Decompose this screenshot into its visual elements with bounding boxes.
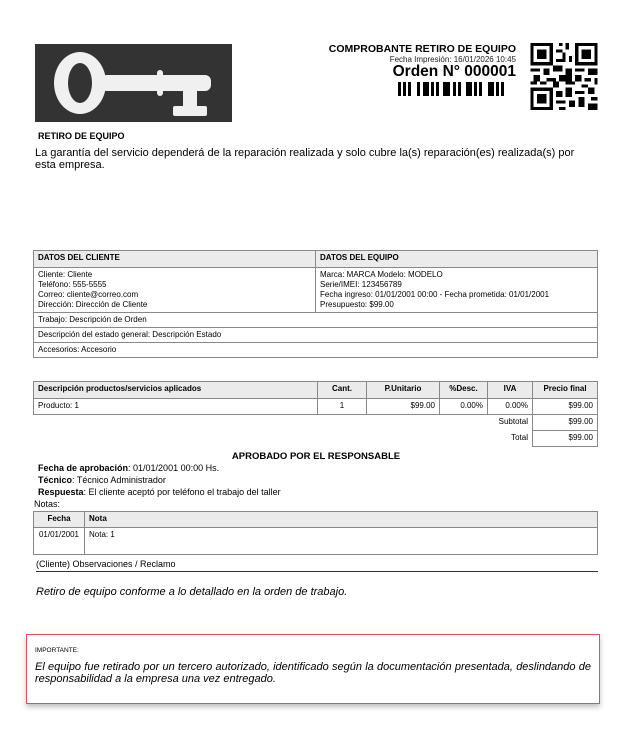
equipment-header: DATOS DEL EQUIPO xyxy=(316,251,598,268)
client-equipment-table: DATOS DEL CLIENTE DATOS DEL EQUIPO Clien… xyxy=(33,250,598,358)
document-title: COMPROBANTE RETIRO DE EQUIPO xyxy=(329,43,516,55)
technician-value: : Técnico Administrador xyxy=(72,475,166,485)
approval-date: Fecha de aprobación: 01/01/2001 00:00 Hs… xyxy=(38,463,219,473)
col-final-price: Precio final xyxy=(533,382,598,399)
equipment-serial: Serie/IMEI: 123456789 xyxy=(320,280,593,290)
table-row: 01/01/2001 Nota: 1 xyxy=(34,528,598,555)
client-email: Correo: cliente@correo.com xyxy=(38,290,311,300)
barcode-icon xyxy=(398,82,510,96)
col-iva: IVA xyxy=(488,382,533,399)
qr-code-icon xyxy=(530,43,598,110)
equipment-dates: Fecha ingreso: 01/01/2001 00:00 - Fecha … xyxy=(320,290,593,300)
approval-response: Respuesta: El cliente aceptó por teléfon… xyxy=(38,487,281,497)
response-label: Respuesta xyxy=(38,487,84,497)
equipment-budget: Presupuesto: $99.00 xyxy=(320,300,593,310)
client-name: Cliente: Cliente xyxy=(38,270,311,280)
response-value: : El cliente aceptó por teléfono el trab… xyxy=(84,487,281,497)
col-note-date: Fecha xyxy=(34,512,85,528)
table-row: Producto: 1 1 $99.00 0.00% 0.00% $99.00 xyxy=(34,399,598,415)
accessories: Accesorios: Accesorio xyxy=(34,343,598,358)
withdrawal-statement: Retiro de equipo conforme a lo detallado… xyxy=(36,586,347,598)
total-value: $99.00 xyxy=(533,431,598,447)
important-label: IMPORTANTE: xyxy=(35,647,79,654)
product-final-price: $99.00 xyxy=(533,399,598,415)
col-discount: %Desc. xyxy=(440,382,488,399)
products-table: Descripción productos/servicios aplicado… xyxy=(33,381,598,447)
col-description: Descripción productos/servicios aplicado… xyxy=(34,382,318,399)
approval-date-value: : 01/01/2001 00:00 Hs. xyxy=(128,463,219,473)
client-info: Cliente: Cliente Teléfono: 555-5555 Corr… xyxy=(34,268,316,313)
equipment-brand-model: Marca: MARCA Modelo: MODELO xyxy=(320,270,593,280)
product-quantity: 1 xyxy=(318,399,367,415)
product-description: Producto: 1 xyxy=(34,399,318,415)
technician-label: Técnico xyxy=(38,475,72,485)
warranty-text: La garantía del servicio dependerá de la… xyxy=(35,147,595,171)
notes-label: Notas: xyxy=(34,499,60,509)
subtotal-label: Subtotal xyxy=(34,415,533,431)
approval-date-label: Fecha de aprobación xyxy=(38,463,128,473)
subtotal-value: $99.00 xyxy=(533,415,598,431)
important-text: El equipo fue retirado por un tercero au… xyxy=(35,661,591,685)
key-icon xyxy=(35,44,232,122)
col-quantity: Cant. xyxy=(318,382,367,399)
approval-title: APROBADO POR EL RESPONSABLE xyxy=(0,451,632,462)
notes-table: Fecha Nota 01/01/2001 Nota: 1 xyxy=(33,511,598,555)
note-date: 01/01/2001 xyxy=(34,528,85,555)
important-notice: IMPORTANTE: El equipo fue retirado por u… xyxy=(26,634,600,704)
observations-line: (Cliente) Observaciones / Reclamo xyxy=(36,559,598,572)
approval-technician: Técnico: Técnico Administrador xyxy=(38,475,166,485)
section-title: RETIRO DE EQUIPO xyxy=(38,131,125,141)
client-phone: Teléfono: 555-5555 xyxy=(38,280,311,290)
total-label: Total xyxy=(34,431,533,447)
work-description: Trabajo: Descripción de Orden xyxy=(34,313,598,328)
product-iva: 0.00% xyxy=(488,399,533,415)
client-address: Dirección: Dirección de Cliente xyxy=(38,300,311,310)
company-logo xyxy=(35,44,232,122)
client-header: DATOS DEL CLIENTE xyxy=(34,251,316,268)
equipment-info: Marca: MARCA Modelo: MODELO Serie/IMEI: … xyxy=(316,268,598,313)
col-unit-price: P.Unitario xyxy=(367,382,440,399)
state-description: Descripción del estado general: Descripc… xyxy=(34,328,598,343)
product-unit-price: $99.00 xyxy=(367,399,440,415)
note-text: Nota: 1 xyxy=(85,528,598,555)
order-number: Orden N° 000001 xyxy=(393,63,516,81)
product-discount: 0.00% xyxy=(440,399,488,415)
col-note-text: Nota xyxy=(85,512,598,528)
